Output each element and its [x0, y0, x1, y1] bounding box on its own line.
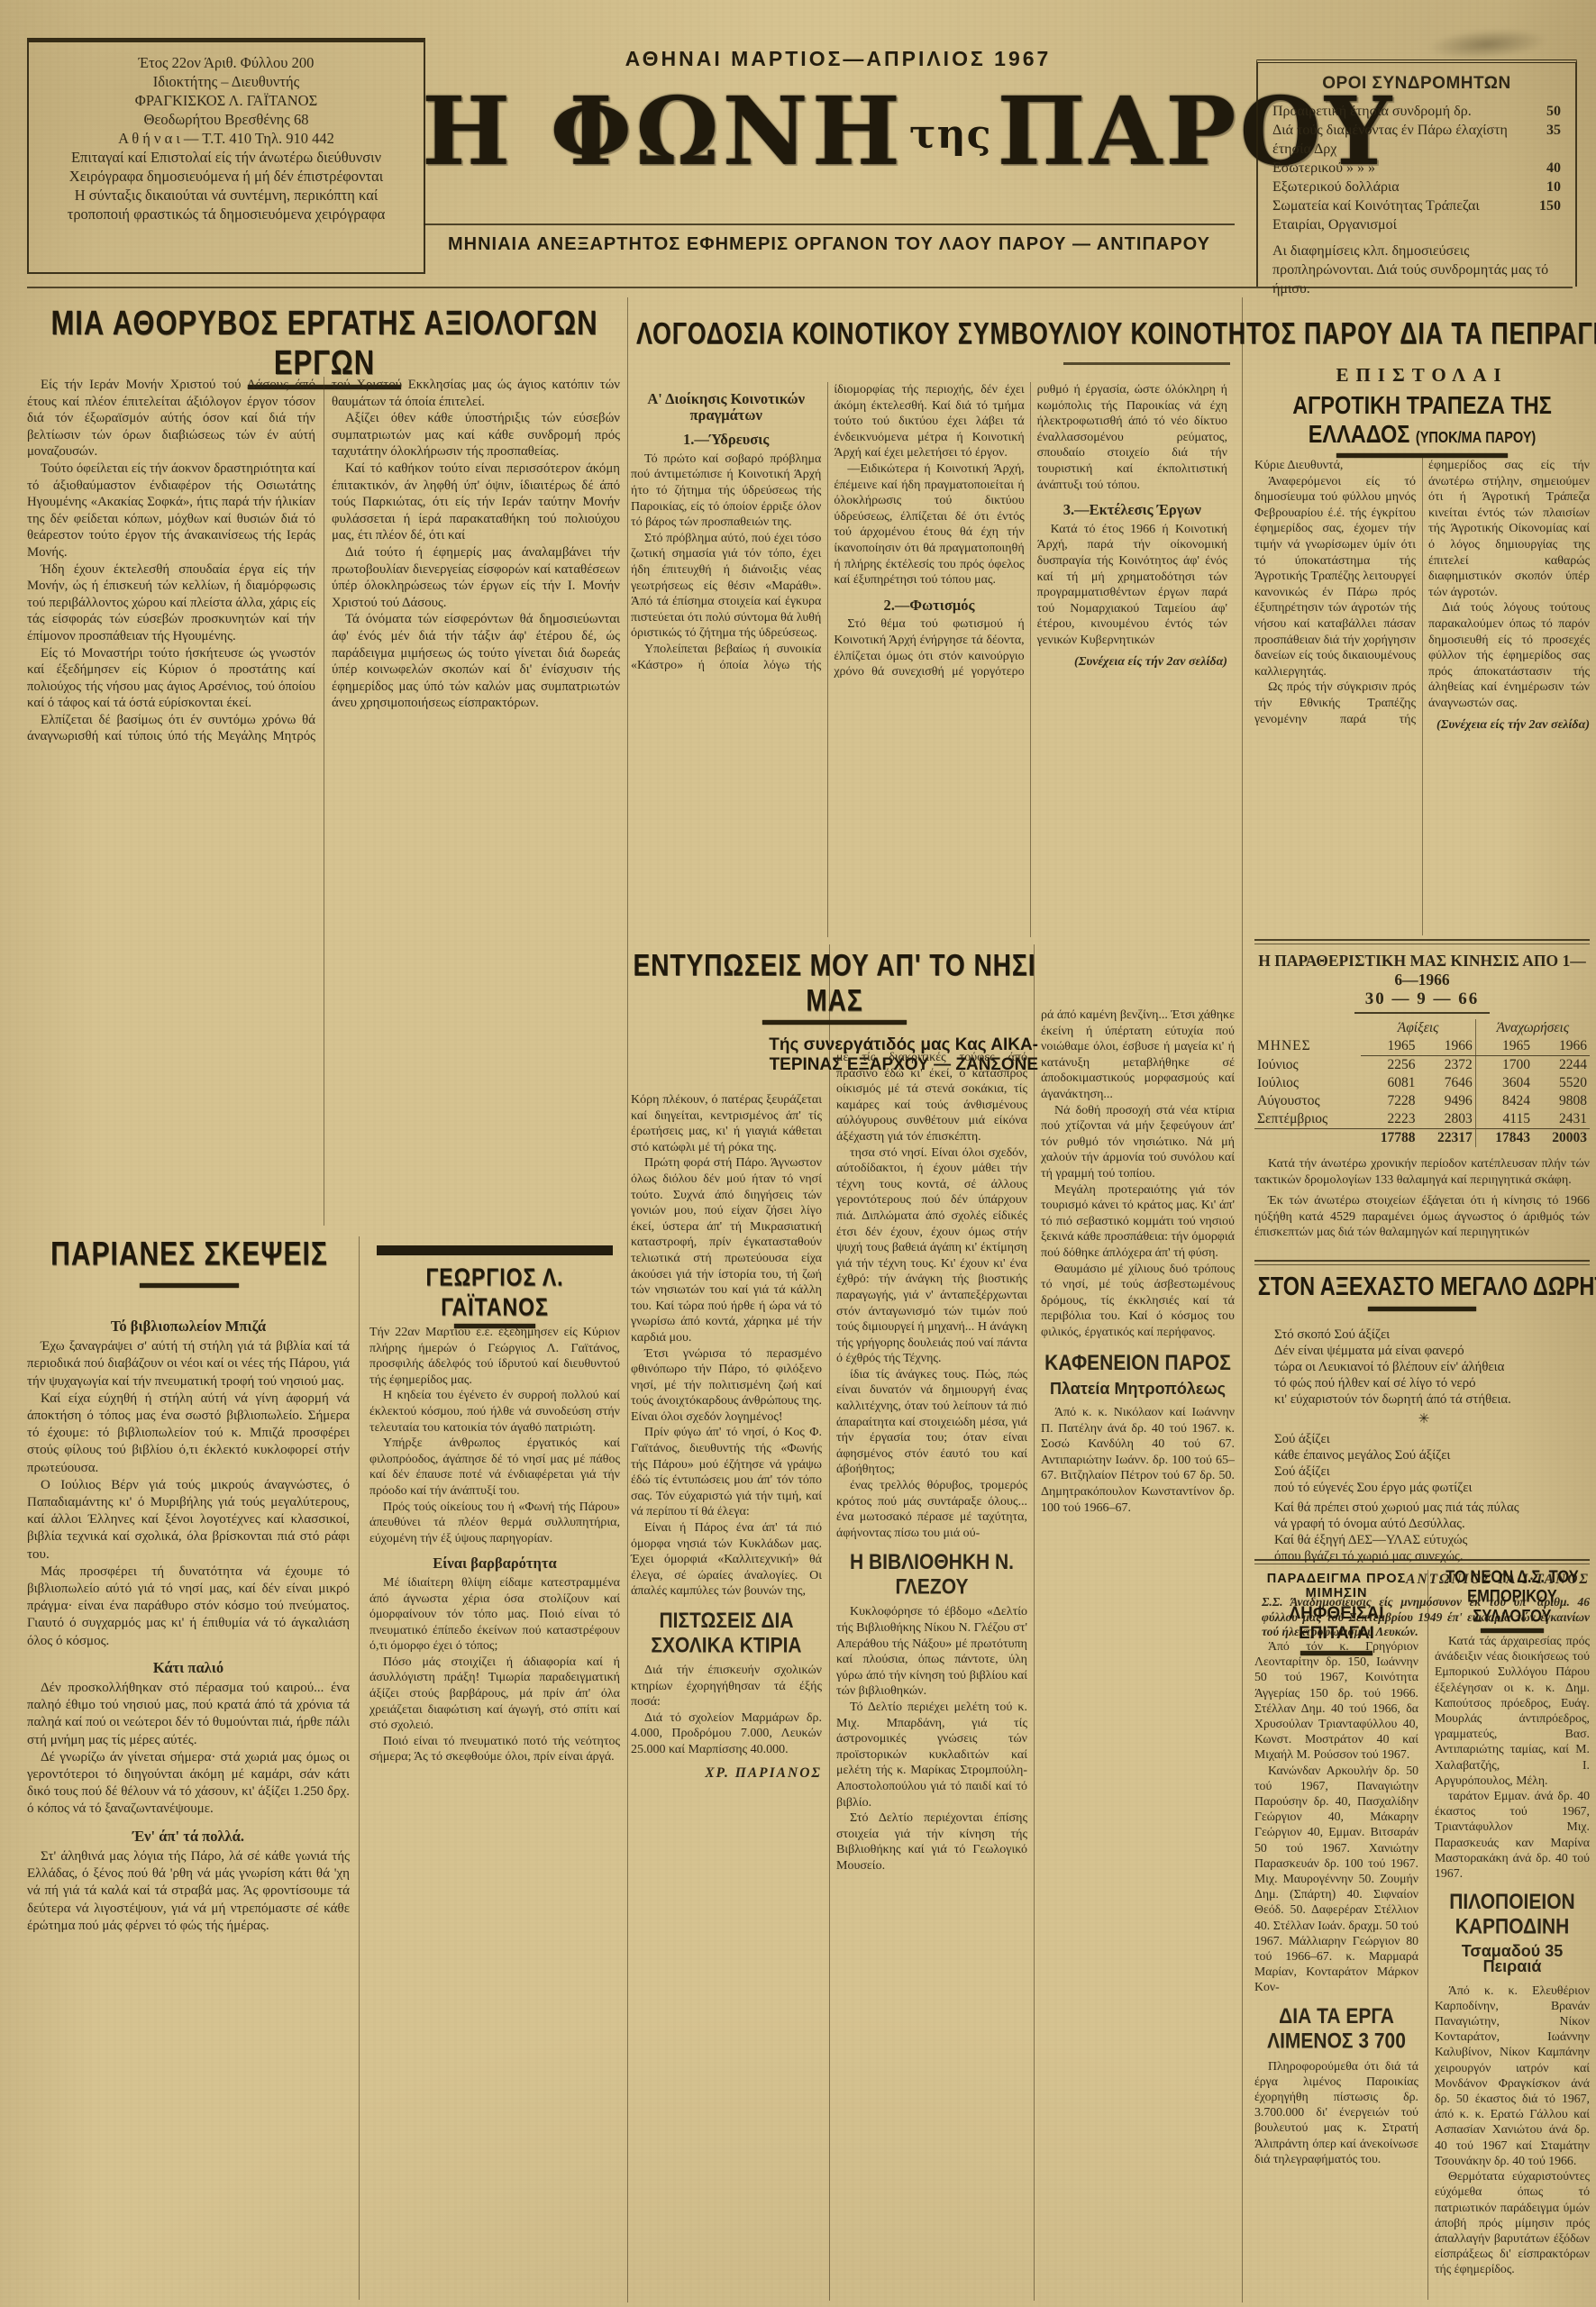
subscription-terms-box: ΟΡΟΙ ΣΥΝΔΡΟΜΗΤΩΝ Προαιρετική έτησία συνδ… — [1256, 59, 1577, 287]
paragraph: Στό πρόβλημα αύτό, πού έχει τόσο ζωτική … — [631, 531, 821, 642]
arrivals-1965-cell: 7228 — [1361, 1092, 1418, 1110]
issue-info-line: Θεοδωρήτου Βρεσθένης 68 — [45, 110, 407, 129]
paragraph: Έν' άπ' τά πολλά. — [27, 1828, 350, 1845]
poem-line: Καί θά πρέπει στού χωριού μας πιά τάς πύ… — [1274, 1500, 1590, 1516]
total-departures-1966: 20003 — [1533, 1129, 1590, 1148]
terms-row-value: 10 — [1546, 178, 1561, 196]
table-year-row: ΜΗΝΕΣ 1965 1966 1965 1966 — [1254, 1037, 1590, 1056]
departures-1965-cell: 1700 — [1475, 1056, 1533, 1075]
terms-row: Προαιρετική έτησία συνδρομή δρ. 50 — [1272, 102, 1561, 121]
issue-info-line: Α θ ή ν α ι — Τ.Τ. 410 Τηλ. 910 442 — [45, 129, 407, 148]
year-header: 1965 — [1361, 1037, 1418, 1056]
arrivals-1966-cell: 2803 — [1418, 1110, 1475, 1129]
headline-logodosia: ΛΟΓΟΔΟΣΙΑ ΚΟΙΝΟΤΙΚΟΥ ΣΥΜΒΟΥΛΙΟΥ ΚΟΙΝΟΤΗΤ… — [636, 315, 1563, 351]
paragraph: Κατά τό έτος 1966 ή Κοινοτική Άρχή, παρά… — [1037, 522, 1227, 649]
departures-1966-cell: 9808 — [1533, 1092, 1590, 1110]
departures-1966-cell: 2244 — [1533, 1056, 1590, 1075]
terms-row: Εξωτερικού δολλάρια 10 — [1272, 178, 1561, 196]
issue-info-line: Χειρόγραφα δημοσιευόμενα ή μή δέν έπιστρ… — [45, 167, 407, 186]
headline-parianes: ΠΑΡΙΑΝΕΣ ΣΚΕΨΕΙΣ — [27, 1236, 351, 1273]
arrivals-1966-cell: 7646 — [1418, 1074, 1475, 1092]
totals-row: 17788 22317 17843 20003 — [1254, 1129, 1590, 1148]
section-divider-3 — [1254, 1559, 1590, 1564]
paragraph: ίδια τίς άνάγκες τους. Πώς, πώς είναι δυ… — [836, 1367, 1027, 1478]
paragraph: Θερμότατα εύχαριστούντες εύχόμεθα όπως τ… — [1435, 2168, 1590, 2276]
paragraph: Διά τό σχολείον Μαρμάρων δρ. 4.000, Προδ… — [631, 1710, 822, 1758]
col-group-arrivals: Άφίξεις — [1361, 1019, 1475, 1037]
paragraph: (Συνέχεια είς τήν 2αν σελίδα) — [1037, 654, 1227, 670]
article-georgios: ΓΕΩΡΓΙΟΣ Λ. ΓΑΪΤΑΝΟΣ — [369, 1245, 620, 1328]
paragraph: Τό Δελτίο περιέχει μελέτη τού κ. Μιχ. Μπ… — [836, 1700, 1027, 1810]
paragraph: ΚΑΦΕΝΕΙΟΝ ΠΑΡΟΣ — [1041, 1352, 1235, 1377]
headline-ergatis: ΜΙΑ ΑΘΟΡΥΒΟΣ ΕΡΓΑΤΗΣ ΑΞΙΟΛΟΓΩΝ ΕΡΓΩΝ — [27, 304, 622, 383]
month-cell: Σεπτέμβριος — [1254, 1110, 1361, 1129]
year-header: 1966 — [1418, 1037, 1475, 1056]
subtitle: ΜΗΝΙΑΙΑ ΑΝΕΞΑΡΤΗΤΟΣ ΕΦΗΜΕΡΙΣ ΟΡΓΑΝΟΝ ΤΟΥ… — [424, 223, 1235, 255]
issue-info-line: Επιταγαί καί Επιστολαί είς τήν άνωτέρω δ… — [45, 148, 407, 167]
poem-line: Σού άξίζει — [1274, 1464, 1590, 1480]
poem-line: Σού άξίζει — [1274, 1431, 1590, 1447]
year-header: 1965 — [1475, 1037, 1533, 1056]
poem-line: νά γραφή τό όνομα αύτό Δεσύλλας. — [1274, 1516, 1590, 1532]
paragraph: Ήδη έχουν έκτελεσθή σπουδαία έργα είς τή… — [27, 561, 315, 645]
entyposeis-col1: Κόρη πλέκουν, ό πατέρας ξευράζεται καί δ… — [631, 1092, 822, 2302]
article-emporikos: ΤΟ ΝΕΟΝ Δ.Σ. ΤΟΥ ΕΜΠΟΡΙΚΟΥ ΣΥΛΛΟΓΟΥ — [1435, 1572, 1590, 1633]
table-row: Ιούνιος 2256 2372 1700 2244 — [1254, 1056, 1590, 1075]
poem-line: κάθε έπαινος μεγάλος Σού άξίζει — [1274, 1447, 1590, 1464]
paragraph: Ο Ιούλιος Βέρν γιά τούς μικρούς άναγνώστ… — [27, 1477, 350, 1564]
paragraph: Τούτο όφείλεται είς τήν άοκνον δραστηριό… — [27, 460, 315, 561]
issue-info-line: ΦΡΑΓΚΙΣΚΟΣ Λ. ΓΑΪΤΑΝΟΣ — [45, 91, 407, 110]
paragraph: Η ΒΙΒΛΙΟΘΗΚΗ Ν. ΓΛΕΖΟΥ — [836, 1551, 1027, 1600]
article-logodosia-body: Α' Διοίκησις Κοινοτικών πραγμάτων1.—Ύδρε… — [631, 382, 1227, 937]
issue-info-line: Ιδιοκτήτης – Διευθυντής — [45, 72, 407, 91]
terms-row-value: 50 — [1546, 102, 1561, 121]
paragraph: Καί είχα εύχηθή ή στήλη αύτή νά γίνη άφο… — [27, 1391, 350, 1477]
obit-bar — [377, 1245, 613, 1255]
entyposeis-col3: ρά άπό καμένη βενζίνη... Έτσι χάθηκε έκε… — [1041, 1008, 1235, 2302]
paragraph: Αξίζει όθεν κάθε ύποστήριξις τών εύσεβών… — [332, 410, 620, 460]
terms-rows: Προαιρετική έτησία συνδρομή δρ. 50 Διά τ… — [1272, 102, 1561, 234]
kinisis-heading1: Η ΠΑΡΑΘΕΡΙΣΤΙΚΗ ΜΑΣ ΚΙΝΗΣΙΣ ΑΠΟ 1—6—1966 — [1254, 952, 1590, 989]
paragraph: Είς τήν Ιεράν Μονήν Χριστού τού Δάσους ά… — [27, 377, 315, 460]
paragraph: ένας τρελλός θόρυβος, τρομερός κρότος πο… — [836, 1478, 1027, 1541]
table-row: Σεπτέμβριος 2223 2803 4115 2431 — [1254, 1110, 1590, 1129]
paragraph: Διά τούς λόγους τούτους παρακαλούμεν όπω… — [1428, 600, 1590, 711]
paragraph: Πλατεία Μητροπόλεως — [1041, 1381, 1235, 1398]
issue-info-box: Έτος 22ον Άριθ. Φύλλου 200Ιδιοκτήτης – Δ… — [27, 38, 425, 274]
departures-1966-cell: 2431 — [1533, 1110, 1590, 1129]
article-doritis-body: Στό σκοπό Σού άξίζειΔέν είναι ψέμματα μά… — [1262, 1327, 1590, 1552]
paragraph: Καί τό καθήκον τούτο είναι περισσότερον … — [332, 460, 620, 544]
arrivals-1966-cell: 2372 — [1418, 1056, 1475, 1075]
paragraph: Άπό τόν κ. Γρηγόριον Λεονταρίτην δρ. 150… — [1254, 1638, 1418, 1763]
empty-cell — [1254, 1129, 1361, 1148]
departures-1965-cell: 3604 — [1475, 1074, 1533, 1092]
month-cell: Αύγουστος — [1254, 1092, 1361, 1110]
issue-info-line: Έτος 22ον Άριθ. Φύλλου 200 — [45, 53, 407, 72]
paragraph: τησα στό νησί. Είναι όλοι σχεδόν, αύτοδί… — [836, 1145, 1027, 1367]
column-rule-3 — [829, 944, 830, 2301]
headline-entyposeis: ΕΝΤΥΠΩΣΕΙΣ ΜΟΥ ΑΠ' ΤΟ ΝΗΣΙ ΜΑΣ — [631, 948, 1038, 1018]
departures-1965-cell: 4115 — [1475, 1110, 1533, 1129]
paragraph: Ποιό είναι τό πνευματικό ποτό τής νεότητ… — [369, 1734, 620, 1765]
poem-line: Καί θά έξηγή ΔΕΣ—ΥΛΑΣ εύτυχώς — [1274, 1532, 1590, 1548]
paragraph: Μέ ίδιαίτερη θλίψη είδαμε κατεστραμμένα … — [369, 1575, 620, 1655]
paragraph: 1.—Ύδρευσις — [631, 432, 821, 448]
paragraph: Κάτι παλιό — [27, 1659, 350, 1676]
dateline: ΑΘΗΝΑΙ ΜΑΡΤΙΟΣ—ΑΠΡΙΛΙΟΣ 1967 — [442, 47, 1235, 71]
paragraph: Τσαμαδού 35 Πειραιά — [1435, 1944, 1590, 1974]
paragraph: 3.—Εκτέλεσις Έργων — [1037, 502, 1227, 518]
headline-doritis: ΣΤΟΝ ΑΞΕΧΑΣΤΟ ΜΕΓΑΛΟ ΔΩΡΗΤΗ ΜΑΣ — [1258, 1272, 1587, 1302]
paragraph: Άναφερόμενοι είς τό δημοσίευμα τού φύλλο… — [1254, 474, 1416, 680]
paragraph: Τό πρώτο καί σοβαρό πρόβλημα πού άντιμετ… — [631, 451, 821, 531]
paragraph: Διά τήν έπισκευήν σχολικών κτηρίων έχορη… — [631, 1663, 822, 1710]
months-label: ΜΗΝΕΣ — [1254, 1037, 1361, 1056]
column-rule-4 — [1034, 944, 1035, 2301]
paragraph: Άπό κ. κ. Νικόλαον καί Ιωάννην Π. Πατέλη… — [1041, 1405, 1235, 1516]
paragraph: Πληροφορούμεθα ότι διά τά έργα λιμένος Π… — [1254, 2058, 1418, 2166]
paragraph: Η κηδεία του έγένετο έν συρροή πολλού κα… — [369, 1388, 620, 1436]
paragraph: Πρίν φύγω άπ' τό νησί, ό Κος Φ. Γαϊτάνος… — [631, 1425, 822, 1520]
kinisis-table: Άφίξεις Άναχωρήσεις ΜΗΝΕΣ 1965 1966 1965… — [1254, 1019, 1590, 1147]
paragraph: Υπήρξε άνθρωπος έργατικός καί φιλοπρόοδο… — [369, 1436, 620, 1499]
article-emporikos-body: Κατά τάς άρχαιρεσίας πρός άνάδειξιν νέας… — [1435, 1633, 1590, 2302]
poem-line: πού τό εύγενές Σου έργο μάς φωτίζει — [1274, 1480, 1590, 1496]
terms-row: Διά τούς διαμένοντας έν Πάρω έλαχίστη έτ… — [1272, 121, 1561, 159]
headline-georgios: ΓΕΩΡΓΙΟΣ Λ. ΓΑΪΤΑΝΟΣ — [369, 1263, 620, 1322]
paragraph: Μάς προσφέρει τή δυνατότητα νά έχουμε τό… — [27, 1564, 350, 1650]
paragraph: Είναι βαρβαρότητα — [369, 1555, 620, 1572]
headline-emporikos: ΤΟ ΝΕΟΝ Δ.Σ. ΤΟΥ ΕΜΠΟΡΙΚΟΥ ΣΥΛΛΟΓΟΥ — [1435, 1568, 1590, 1628]
terms-row: Σωματεία καί Κοινότητας Τράπεζαι Εταιρία… — [1272, 196, 1561, 234]
page-title-part1: Η ΦΩΝΗ — [422, 76, 904, 187]
section-divider-2 — [1254, 1260, 1590, 1265]
poem-line: Δέν είναι ψέμματα μά είναι φανερό — [1274, 1343, 1590, 1359]
paragraph: Διά τούτο ή έφημερίς μας άναλαμβάνει τήν… — [332, 544, 620, 611]
paragraph: ρά άπό καμένη βενζίνη... Έτσι χάθηκε έκε… — [1041, 1008, 1235, 1103]
terms-row-label: Εσωτερικού » » » — [1272, 159, 1541, 178]
article-ergatis-body: Είς τήν Ιεράν Μονήν Χριστού τού Δάσους ά… — [27, 377, 620, 1226]
paragraph: (Συνέχεια είς τήν 2αν σελίδα) — [1428, 717, 1590, 734]
table-row: Ιούλιος 6081 7646 3604 5520 — [1254, 1074, 1590, 1092]
paragraph: Νά δοθή προσοχή στά νέα κτίρια πού χτίζο… — [1041, 1103, 1235, 1182]
article-parianes-body: Τό βιβλιοπωλείον ΜπιζάΈχω ξαναγράψει σ' … — [27, 1309, 350, 2300]
total-arrivals-1966: 22317 — [1418, 1129, 1475, 1148]
total-arrivals-1965: 17788 — [1361, 1129, 1418, 1148]
paragraph: Κυκλοφόρησε τό έβδομο «Δελτίο τής Βιβλιο… — [836, 1604, 1027, 1700]
paragraph: Τήν 22αν Μαρτίου έ.έ. έξεδήμησεν είς Κύρ… — [369, 1325, 620, 1388]
column-rule-1 — [627, 297, 628, 2302]
poem-line: κι' εύχαριστούν τόν δωρητή άπό τά στήθει… — [1274, 1391, 1590, 1408]
paragraph: ΧΡ. ΠΑΡΙΑΝΟΣ — [631, 1765, 822, 1782]
poem-line: τώρα οι Λευκιανοί τό βλέπουν είν' άλήθει… — [1274, 1359, 1590, 1375]
kinisis-note2: Έκ τών άνωτέρω στοιχείων έξάγεται ότι ή … — [1254, 1193, 1590, 1241]
article-epitagai-body: Άπό τόν κ. Γρηγόριον Λεονταρίτην δρ. 150… — [1254, 1638, 1418, 2302]
headline-agrotiki: ΑΓΡΟΤΙΚΗ ΤΡΑΠΕΖΑ ΤΗΣ ΕΛΛΑΔΟΣ (ΥΠΟΚ/ΜΑ ΠΑ… — [1254, 391, 1590, 450]
article-georgios-body: Τήν 22αν Μαρτίου έ.έ. έξεδήμησεν είς Κύρ… — [369, 1325, 620, 2300]
kicker-epistolai: ΕΠΙΣΤΟΛΑΙ — [1254, 364, 1590, 387]
paragraph: —Ειδικώτερα ή Κοινοτική Άρχή, έπέμεινε κ… — [834, 461, 1024, 588]
article-parianes: ΠΑΡΙΑΝΕΣ ΣΚΕΨΕΙΣ — [27, 1236, 351, 1288]
logodosia-dash — [1063, 362, 1230, 365]
paragraph: ΠΙΛΟΠΟΙΕΙΟΝ ΚΑΡΠΟΔΙΝΗ — [1435, 1891, 1590, 1940]
poem-line: ✳ — [1262, 1411, 1590, 1427]
terms-row-value: 150 — [1539, 196, 1561, 234]
col-group-departures: Άναχωρήσεις — [1475, 1019, 1590, 1037]
paragraph: Μεγάλη προτεραιότης γιά τόν τουρισμό κάν… — [1041, 1182, 1235, 1262]
header-rule — [27, 287, 1573, 288]
page-title-part2: της — [904, 112, 997, 158]
paragraph: Έτσι γνώρισα τό περασμένο φθινόπωρο τήν … — [631, 1346, 822, 1426]
paragraph: ταράτον Εμμαν. άνά δρ. 40 έκαστος τού 19… — [1435, 1788, 1590, 1881]
kicker-epitagai: ΠΑΡΑΔΕΙΓΜΑ ΠΡΟΣ ΜΙΜΗΣΙΝ — [1254, 1572, 1418, 1600]
paragraph: Άπό κ. κ. Ελευθέριον Καρποδίνην, Βρανάν … — [1435, 1983, 1590, 2168]
paragraph: Δέ γνωρίζω άν γίνεται σήμερα· στά χωριά … — [27, 1749, 350, 1819]
article-kinisis: Η ΠΑΡΑΘΕΡΙΣΤΙΚΗ ΜΑΣ ΚΙΝΗΣΙΣ ΑΠΟ 1—6—1966… — [1254, 952, 1590, 1241]
terms-note: Αι διαφημίσεις κλπ. δημοσιεύσεις προπληρ… — [1272, 242, 1561, 298]
kinisis-underline — [1354, 1012, 1490, 1014]
departures-1965-cell: 8424 — [1475, 1092, 1533, 1110]
column-rule-5 — [359, 1236, 360, 2300]
paragraph: 2.—Φωτισμός — [834, 597, 1024, 614]
paragraph: Πρώτη φορά στή Πάρο. Άγνωστον όλως διόλο… — [631, 1155, 822, 1345]
kinisis-table-body: Ιούνιος 2256 2372 1700 2244 Ιούλιος 6081… — [1254, 1056, 1590, 1129]
terms-row: Εσωτερικού » » » 40 — [1272, 159, 1561, 178]
kinisis-note1: Κατά τήν άνωτέρω χρονικήν περίοδον κατέπ… — [1254, 1156, 1590, 1188]
poem-line: Στό σκοπό Σού άξίζει — [1274, 1327, 1590, 1343]
paragraph: Πόσο μάς στοιχίζει ή άδιαφορία καί ή άσυ… — [369, 1655, 620, 1734]
paragraph: Δέν προσκολλήθηκαν στό πέρασμα τού καιρο… — [27, 1680, 350, 1749]
page-title: Η ΦΩΝΗτηςΠΑΡΟΥ — [422, 76, 1251, 187]
section-divider-1 — [1254, 939, 1590, 944]
empty-cell — [1254, 1019, 1361, 1037]
terms-row-label: Διά τούς διαμένοντας έν Πάρω έλαχίστη έτ… — [1272, 121, 1541, 159]
paragraph: Έχω ξαναγράψει σ' αύτή τή στήλη γιά τά β… — [27, 1338, 350, 1391]
entyposeis-col2: μέ τίς διακριτικές τούφες άπό πράσινο έδ… — [836, 1050, 1027, 2302]
parianes-dash — [140, 1283, 239, 1288]
departures-1966-cell: 5520 — [1533, 1074, 1590, 1092]
paragraph: ΔΙΑ ΤΑ ΕΡΓΑ ΛΙΜΕΝΟΣ 3 700 — [1254, 2004, 1418, 2054]
article-doritis: ΣΤΟΝ ΑΞΕΧΑΣΤΟ ΜΕΓΑΛΟ ΔΩΡΗΤΗ ΜΑΣ — [1254, 1272, 1590, 1311]
arrivals-1965-cell: 6081 — [1361, 1074, 1418, 1092]
total-departures-1965: 17843 — [1475, 1129, 1533, 1148]
paragraph: Στό Δελτίο περιέχονται έπίσης στοιχεία γ… — [836, 1810, 1027, 1874]
paragraph: Κανώνδαν Αρκουλήν δρ. 50 τού 1967, Παναγ… — [1254, 1763, 1418, 1995]
paragraph: Κατά τάς άρχαιρεσίας πρός άνάδειξιν νέας… — [1435, 1633, 1590, 1788]
column-rule-2 — [1242, 297, 1243, 2302]
article-epistolai: ΕΠΙΣΤΟΛΑΙ ΑΓΡΟΤΙΚΗ ΤΡΑΠΕΖΑ ΤΗΣ ΕΛΛΑΔΟΣ (… — [1254, 364, 1590, 458]
terms-row-label: Σωματεία καί Κοινότητας Τράπεζαι Εταιρία… — [1272, 196, 1534, 234]
terms-row-value: 40 — [1546, 159, 1561, 178]
terms-row-label: Εξωτερικού δολλάρια — [1272, 178, 1541, 196]
kinisis-heading2: 30 — 9 — 66 — [1254, 989, 1590, 1009]
paragraph: Είναι ή Πάρος ένα άπ' τά πιό όμορφα νησι… — [631, 1520, 822, 1600]
terms-row-value: 35 — [1546, 121, 1561, 159]
poem-line: τό φώς πού ήλθεν καί σέ λίγο τό νερό — [1274, 1375, 1590, 1391]
terms-title: ΟΡΟΙ ΣΥΝΔΡΟΜΗΤΩΝ — [1272, 74, 1561, 93]
year-header: 1966 — [1533, 1037, 1590, 1056]
article-epistolai-body: Κύριε Διευθυντά,Άναφερόμενοι είς τό δημο… — [1254, 458, 1590, 935]
month-cell: Ιούνιος — [1254, 1056, 1361, 1075]
paragraph: Θαυμάσιο μέ χίλιους δυό τρόπους τό νησί,… — [1041, 1262, 1235, 1341]
paragraph: Πρός τούς οίκείους του ή «Φωνή τής Πάρου… — [369, 1500, 620, 1547]
table-group-row: Άφίξεις Άναχωρήσεις — [1254, 1019, 1590, 1037]
terms-row-label: Προαιρετική έτησία συνδρομή δρ. — [1272, 102, 1541, 121]
paragraph: Τά όνόματα τών είσφερόντων θά δημοσιεύων… — [332, 611, 620, 712]
paragraph: Τό βιβλιοπωλείον Μπιζά — [27, 1318, 350, 1335]
headline-agrotiki-suffix: (ΥΠΟΚ/ΜΑ ΠΑΡΟΥ) — [1416, 430, 1536, 447]
column-rule-6 — [1427, 1570, 1428, 2300]
paragraph: Είς τό Μοναστήρι τούτο ήσκήτευσε ώς γνωσ… — [27, 645, 315, 712]
paragraph: Κύριε Διευθυντά, — [1254, 458, 1416, 474]
paragraph: ΠΙΣΤΩΣΕΙΣ ΔΙΑ ΣΧΟΛΙΚΑ ΚΤΙΡΙΑ — [631, 1609, 822, 1658]
paragraph: Α' Διοίκησις Κοινοτικών πραγμάτων — [631, 391, 821, 423]
entyposeis-dash — [762, 1020, 907, 1025]
paragraph: Κόρη πλέκουν, ό πατέρας ξευράζεται καί δ… — [631, 1092, 822, 1155]
arrivals-1965-cell: 2223 — [1361, 1110, 1418, 1129]
paragraph: μέ τίς διακριτικές τούφες άπό πράσινο έδ… — [836, 1050, 1027, 1145]
paragraph: Στ' άληθινά μας λόγια τής Πάρο, λά σέ κά… — [27, 1848, 350, 1935]
arrivals-1965-cell: 2256 — [1361, 1056, 1418, 1075]
doritis-dash — [1368, 1307, 1476, 1311]
issue-info-line: Η σύνταξις δικαιούται νά συντέμνη, περικ… — [45, 186, 407, 223]
table-row: Αύγουστος 7228 9496 8424 9808 — [1254, 1092, 1590, 1110]
month-cell: Ιούλιος — [1254, 1074, 1361, 1092]
arrivals-1966-cell: 9496 — [1418, 1092, 1475, 1110]
